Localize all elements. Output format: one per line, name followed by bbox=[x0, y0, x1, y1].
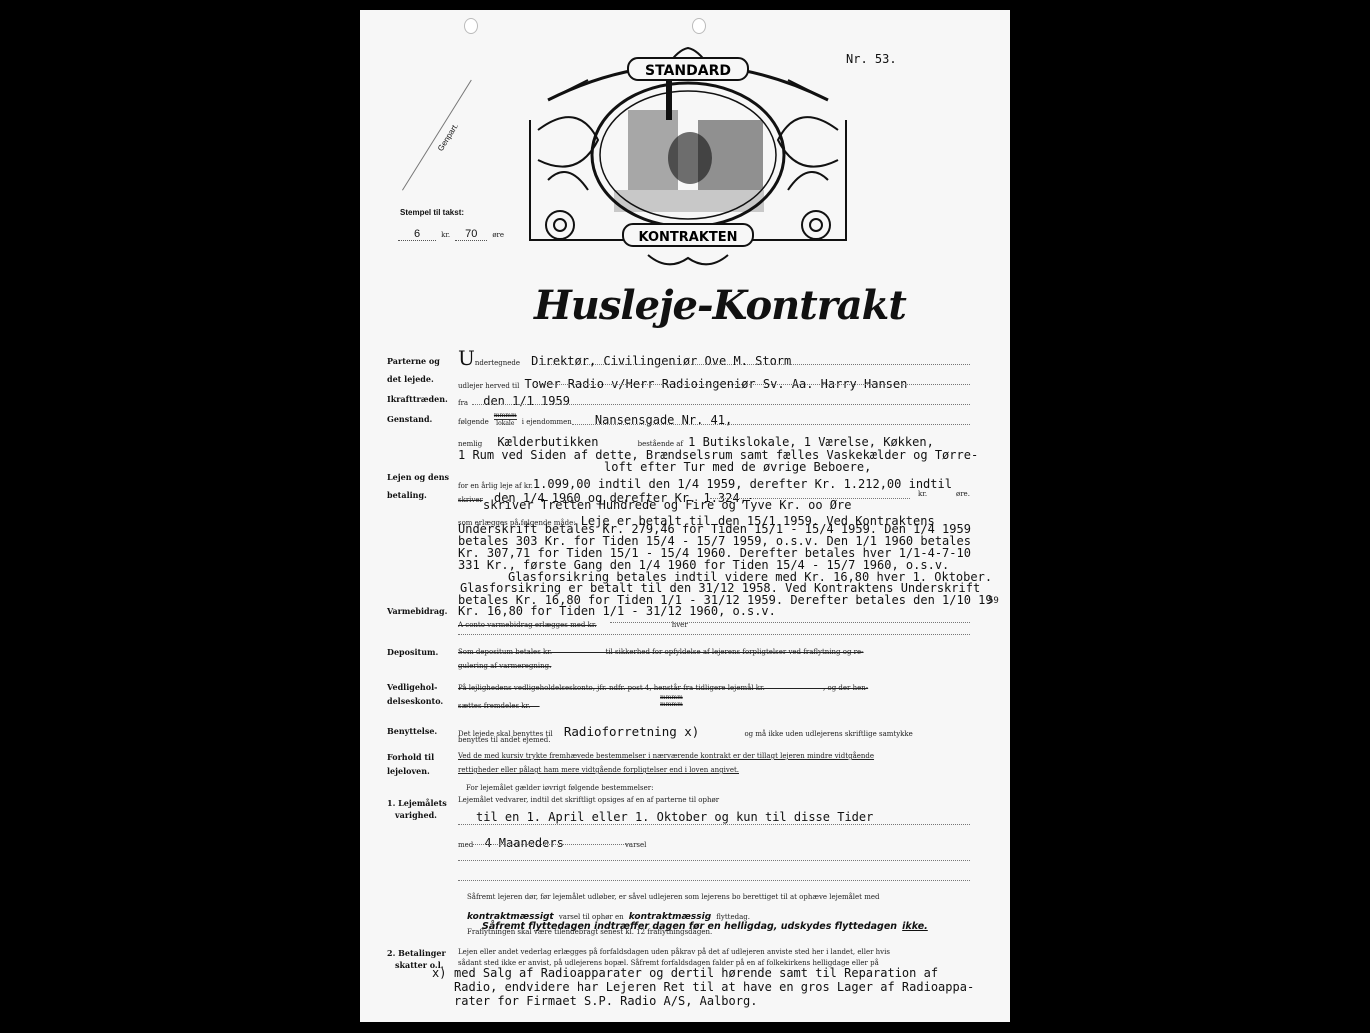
lejeloven-text-line: Ved de med kursiv trykte fremhævede best… bbox=[458, 752, 874, 760]
ore-unit: øre. bbox=[956, 490, 970, 498]
kr-unit: kr. bbox=[918, 490, 927, 498]
maintenance-struck-mark: mmmm mmmm bbox=[660, 694, 683, 708]
heating-struck-text: A conto varmebidrag erlægges med kr. bbox=[458, 621, 597, 629]
deposit-struck-line-2: gulering af varmeregning. bbox=[458, 662, 551, 670]
contract-page: Nr. 53. Genpart. Stempel til takst: 6 kr… bbox=[360, 10, 1010, 1022]
document-title: Husleje-Kontrakt bbox=[534, 282, 906, 329]
label-varmebidrag: Varmebidrag. bbox=[387, 606, 447, 616]
footnote-line: rater for Firmaet S.P. Radio A/S, Aalbor… bbox=[454, 994, 757, 1008]
svg-text:STANDARD: STANDARD bbox=[645, 63, 731, 79]
label-varighed: varighed. bbox=[395, 810, 437, 820]
maintenance-struck-line: På lejlighedens vedligeholdelseskonto, j… bbox=[458, 684, 868, 692]
label-lejen: Lejen og dens bbox=[387, 472, 449, 482]
genpart-label: Genpart. bbox=[436, 122, 460, 153]
punch-hole-right bbox=[692, 18, 706, 34]
year-suffix: 59 bbox=[988, 596, 999, 606]
use-purpose: Radioforretning x) bbox=[564, 724, 699, 739]
maintenance-struck-line-2: sættes fremdeles kr. — bbox=[458, 702, 540, 710]
lejeloven-text-line-2: rettigheder eller pålagt ham mere vidtgå… bbox=[458, 766, 739, 774]
start-date-row: fra den 1/1 1959 bbox=[458, 390, 570, 409]
stempel-kr-value: 6 bbox=[398, 228, 436, 241]
label-parterne: Parterne og bbox=[387, 356, 440, 366]
label-genstand: Genstand. bbox=[387, 414, 432, 424]
punch-hole-left bbox=[464, 18, 478, 34]
label-depositum: Depositum. bbox=[387, 647, 438, 657]
premises-name: Kælderbutikken bbox=[497, 435, 598, 449]
label-betalinger: 2. Betalinger bbox=[387, 948, 446, 958]
label-lejemaalets: 1. Lejemålets bbox=[387, 798, 447, 808]
footnote-line: med Salg af Radioapparater og dertil hør… bbox=[454, 966, 938, 980]
label-lejeloven: lejeloven. bbox=[387, 766, 430, 776]
termination-dates: til en 1. April eller 1. Oktober og kun … bbox=[476, 810, 873, 824]
standard-kontrakten-emblem-icon: STANDARD KONTRAKTEN bbox=[518, 40, 858, 270]
fra-label: fra bbox=[458, 399, 468, 407]
skriver-struck: skriver bbox=[458, 496, 483, 504]
label-forhold: Forhold til bbox=[387, 752, 434, 762]
bestemmelser-intro: For lejemålet gælder iøvrigt følgende be… bbox=[466, 784, 653, 792]
bestaaende-label: bestående af bbox=[638, 440, 683, 448]
stempel-ore-value: 70 bbox=[455, 228, 487, 241]
landlord-name: Direktør, Civilingeniør Ove M. Storm bbox=[531, 354, 791, 368]
samtykke-text: og må ikke uden udlejerens skriftlige sa… bbox=[744, 730, 912, 738]
struck-fraction-top: mmmm bbox=[494, 412, 517, 420]
notice-row: med 4 Maaneders varsel bbox=[458, 832, 646, 851]
label-det-lejede: det lejede. bbox=[387, 374, 434, 384]
payments-clause-line: Lejen eller andet vederlag erlægges på f… bbox=[458, 948, 890, 956]
stempel-ore-unit: øre bbox=[492, 231, 504, 239]
stempel-fee: 6 kr. 70 øre bbox=[398, 222, 504, 241]
folgende-label: følgende bbox=[458, 418, 489, 426]
benyttes-line-2: benyttes til andet ejemed. bbox=[458, 736, 550, 744]
label-vedligehold: Vedligehol- bbox=[387, 682, 437, 692]
ejendommen-label: i ejendommen bbox=[522, 418, 572, 426]
footnote-marker: x) bbox=[432, 966, 446, 980]
fraction-lokale: lokale bbox=[494, 420, 517, 427]
label-betaling: betaling. bbox=[387, 490, 427, 500]
label-benyttelse: Benyttelse. bbox=[387, 726, 437, 736]
fraflytning-line: Fraflytningen skal være tilendebragt sen… bbox=[467, 928, 712, 936]
undertegnede-label: ndertegnede bbox=[475, 359, 520, 367]
udlejer-label: udlejer herved til bbox=[458, 382, 519, 390]
label-ikrafttraeden: Ikrafttræden. bbox=[387, 394, 448, 404]
landlord-row: Undertegnede Direktør, Civilingeniør Ove… bbox=[458, 346, 791, 370]
footnote-line: Radio, endvidere har Lejeren Ret til at … bbox=[454, 980, 974, 994]
death-clause-line: Såfremt lejeren dør, før lejemålet udløb… bbox=[467, 893, 879, 901]
start-date: den 1/1 1959 bbox=[483, 394, 570, 408]
genpart-diagonal-line bbox=[402, 80, 472, 191]
stempel-kr-unit: kr. bbox=[441, 231, 450, 239]
stempel-label: Stempel til takst: bbox=[400, 208, 464, 217]
varighed-text: Lejemålet vedvarer, indtil det skriftlig… bbox=[458, 796, 719, 804]
med-label: med bbox=[458, 841, 473, 849]
premises-rooms: 1 Butikslokale, 1 Værelse, Køkken, bbox=[688, 435, 934, 449]
initial-u: U bbox=[458, 346, 475, 370]
svg-text:KONTRAKTEN: KONTRAKTEN bbox=[638, 230, 737, 245]
premises-detail-line-2: loft efter Tur med de øvrige Beboere, bbox=[604, 460, 871, 474]
deposit-struck-line: Som depositum betales kr. ——————— til si… bbox=[458, 648, 864, 656]
notice-period: 4 Maaneders bbox=[484, 836, 563, 850]
property-row: følgende mmmm lokale i ejendommen Nansen… bbox=[458, 409, 732, 428]
nemlig-label: nemlig bbox=[458, 440, 482, 448]
varsel-label: varsel bbox=[625, 841, 646, 849]
label-delseskonto: delseskonto. bbox=[387, 696, 443, 706]
